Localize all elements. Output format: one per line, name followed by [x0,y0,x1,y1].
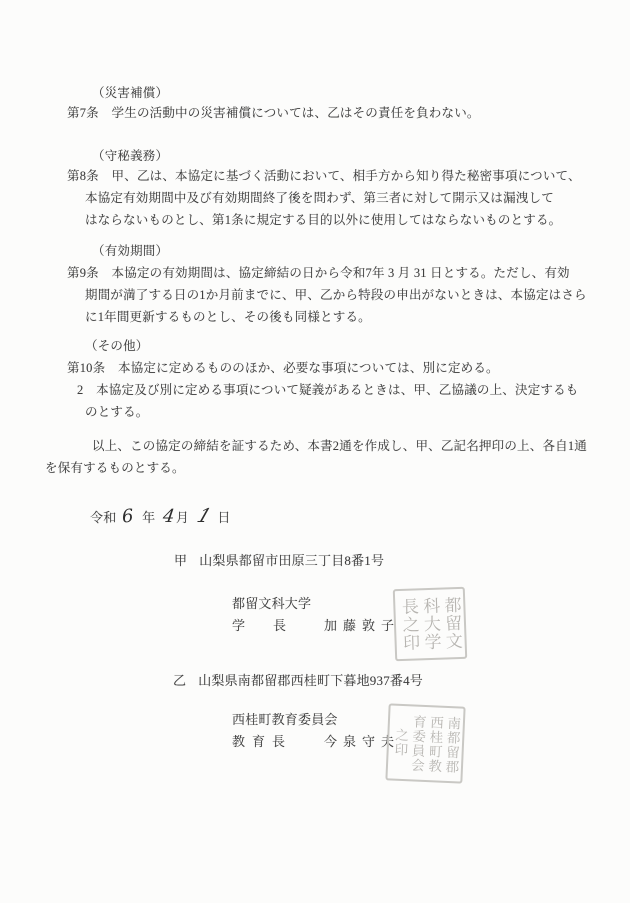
party-a-organization: 都留文科大学 [232,596,311,612]
article-10-line-1: 第10条 本協定に定めるもののほか、必要な事項については、別に定める。 [67,360,499,376]
month-unit: 月 [176,510,189,525]
party-a-label: 甲 [174,553,187,569]
party-b-address-line: 乙山梨県南都留郡西桂町下暮地937番4号 [173,673,423,689]
article-8-line-1: 第8条 甲、乙は、本協定に基づく活動において、相手方から知り得た秘密事項について… [67,168,581,184]
party-b-organization: 西桂町教育委員会 [232,712,338,728]
party-a-name: 加藤敦子 [324,618,400,634]
seal-text-column: 長之印 [399,597,419,652]
article-8-line-2: 本協定有効期間中及び有効期間終了後を問わず、第三者に対して開示又は漏洩して [85,190,554,206]
year-unit: 年 [142,510,155,525]
party-a-title: 学長 [232,618,314,634]
date-line: 令和6年4月1日 [90,509,231,526]
section-heading-validity-period: （有効期間） [92,243,168,259]
party-a-address-line: 甲山梨県都留市田原三丁目8番1号 [174,553,384,569]
article-9-line-1: 第9条 本協定の有効期間は、協定締結の日から令和7年 3 月 31 日とする。た… [67,265,570,281]
article-10-line-3: のとする。 [85,404,149,420]
handwritten-day: 1 [196,509,213,523]
official-seal-university-president: 都留文 科大学 長之印 [393,587,467,661]
party-b-title: 教育長 [232,734,292,750]
document-page: （災害補償） 第7条 学生の活動中の災害補償については、乙はその責任を負わない。… [0,0,630,903]
article-9-line-3: に1年間更新するものとし、その後も同様とする。 [85,309,371,325]
seal-text-column: 之印 [392,728,407,758]
article-8-line-3: はならないものとし、第1条に規定する目的以外に使用してはならないものとする。 [85,212,561,228]
handwritten-year: 6 [122,510,135,525]
seal-text-column: 都留文 [441,596,461,651]
article-9-line-2: 期間が満了する日の1か月前までに、甲、乙から特段の申出がないときは、本協定はさら [85,287,587,303]
day-unit: 日 [217,510,230,525]
seal-text-column: 育委員会 [409,714,426,773]
section-heading-miscellaneous: （その他） [85,338,149,354]
party-b-signature-line: 教育長今泉守夫 [232,734,400,750]
seal-text-column: 西桂町教 [426,715,443,774]
party-a-signature-line: 学長加藤敦子 [232,618,400,634]
party-b-label: 乙 [173,673,186,689]
closing-paragraph-line-2: を保有するものとする。 [45,460,185,476]
seal-text-column: 南都留郡 [443,715,460,774]
section-heading-confidentiality: （守秘義務） [92,148,168,164]
article-10-line-2: 2 本協定及び別に定める事項について疑義があるときは、甲、乙協議の上、決定するも [77,382,579,398]
seal-text-column: 科大学 [420,597,440,652]
party-a-address: 山梨県都留市田原三丁目8番1号 [199,553,384,568]
official-seal-board-of-education: 南都留郡 西桂町教 育委員会 之印 [385,703,465,783]
article-7-line-1: 第7条 学生の活動中の災害補償については、乙はその責任を負わない。 [67,105,480,121]
handwritten-month: 4 [162,510,176,524]
section-heading-disaster-compensation: （災害補償） [92,85,168,101]
era-label: 令和 [90,510,116,525]
closing-paragraph-line-1: 以上、この協定の締結を証するため、本書2通を作成し、甲、乙記名押印の上、各自1通 [92,438,587,454]
party-b-address: 山梨県南都留郡西桂町下暮地937番4号 [198,673,423,688]
